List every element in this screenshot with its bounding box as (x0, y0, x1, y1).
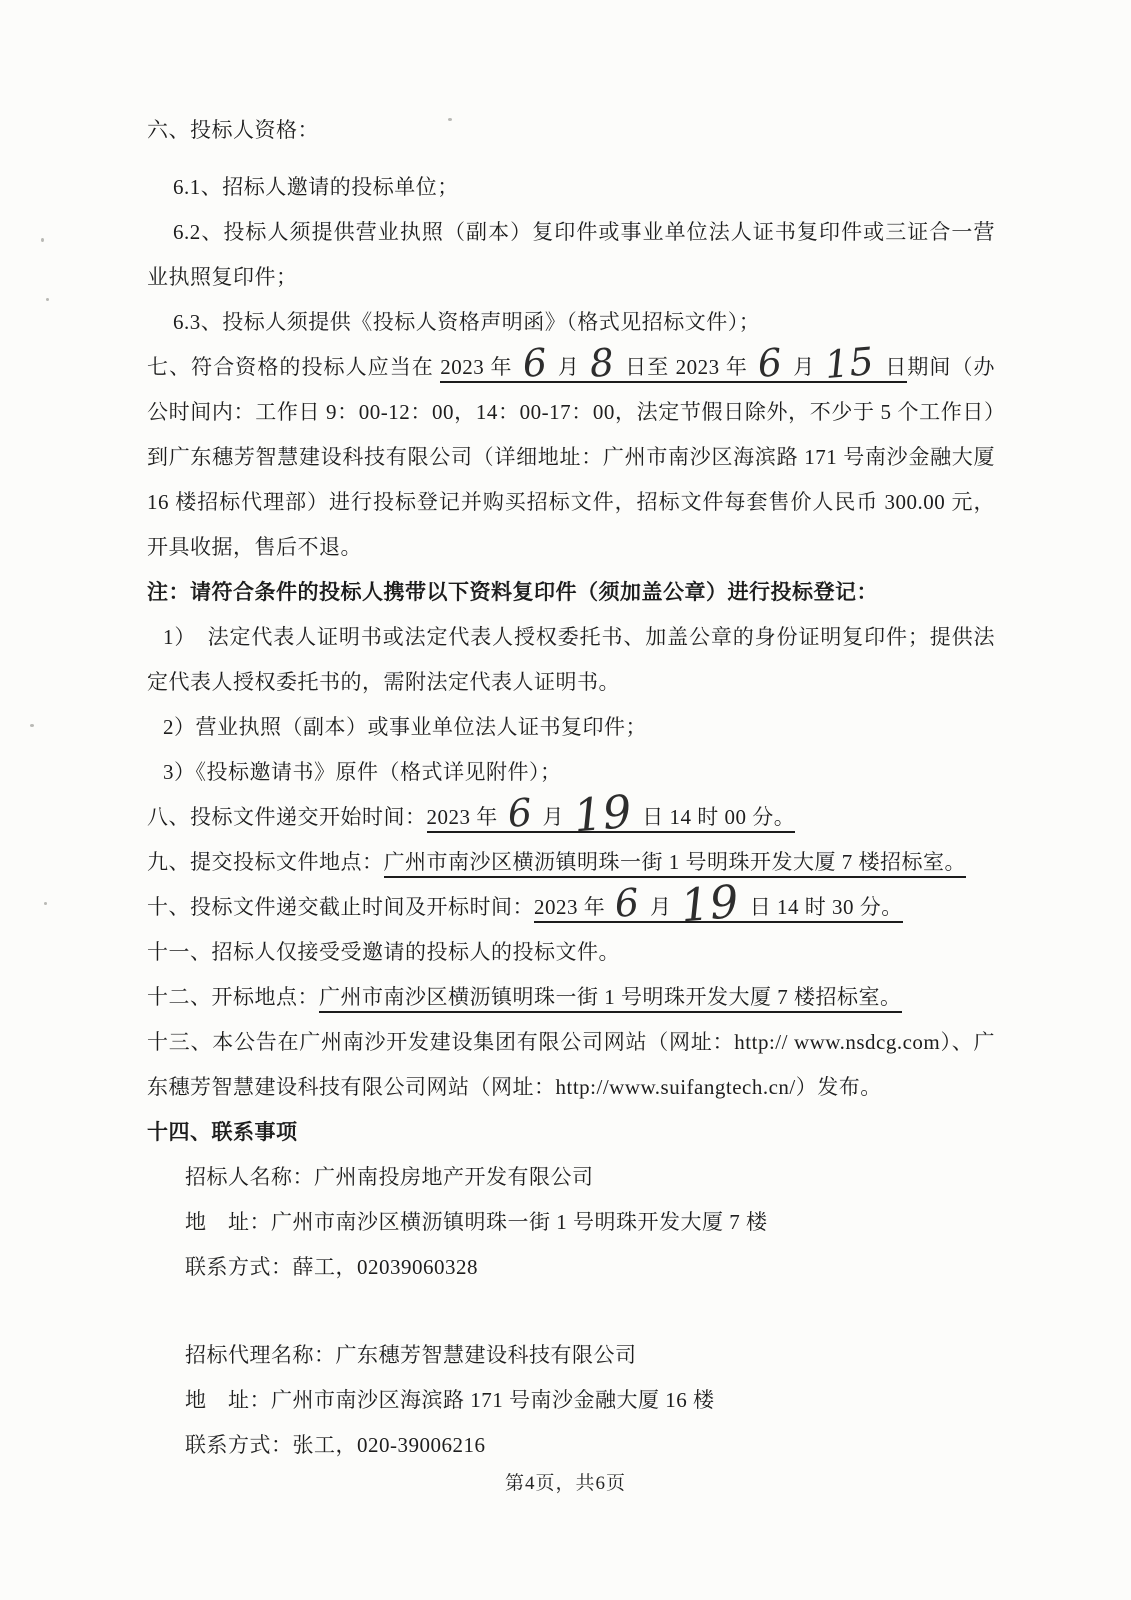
section-6-item-1: 6.1、招标人邀请的投标单位； (147, 165, 995, 210)
printed-year: 2023 年 (534, 895, 605, 919)
section-11-line: 十一、招标人仅接受受邀请的投标人的投标文件。 (147, 930, 995, 975)
tenderer-address-line: 地 址：广州市南沙区横沥镇明珠一街 1 号明珠开发大厦 7 楼 (147, 1200, 995, 1245)
section-10-prefix: 十、投标文件递交截止时间及开标时间： (147, 895, 534, 919)
printed-month-label: 月 (542, 805, 564, 829)
printed-time-tail: 日 14 时 00 分。 (642, 805, 795, 829)
handwritten-month-1: 6 (522, 354, 549, 378)
handwritten-month-2: 6 (757, 354, 784, 378)
section-14-heading: 十四、联系事项 (147, 1110, 995, 1155)
section-6-heading: 六、投标人资格： (147, 108, 995, 153)
submission-location: 广州市南沙区横沥镇明珠一街 1 号明珠开发大厦 7 楼招标室。 (384, 850, 967, 878)
section-7-rest: 期间（办公时间内：工作日 9：00-12：00，14：00-17：00，法定节假… (147, 355, 995, 559)
start-time-blank: 2023 年6月19日 14 时 00 分。 (427, 805, 796, 833)
tenderer-name-line: 招标人名称：广州南投房地产开发有限公司 (147, 1155, 995, 1200)
scan-artifact (30, 724, 34, 727)
handwritten-day-s10: 19 (681, 894, 741, 921)
note-item-3: 3）《投标邀请书》原件（格式详见附件）； (147, 750, 995, 795)
printed-day-label: 日 (885, 355, 908, 379)
tenderer-contact-line: 联系方式：薛工，02039060328 (147, 1245, 995, 1290)
note-item-2: 2）营业执照（副本）或事业单位法人证书复印件； (147, 705, 995, 750)
section-12-prefix: 十二、开标地点： (147, 985, 319, 1009)
bid-opening-location: 广州市南沙区横沥镇明珠一街 1 号明珠开发大厦 7 楼招标室。 (319, 985, 902, 1013)
section-9-prefix: 九、提交投标文件地点： (147, 850, 384, 874)
scan-artifact (44, 902, 47, 905)
page-number-footer: 第4页，共6页 (0, 1468, 1131, 1495)
scan-artifact (46, 298, 49, 301)
section-9-line: 九、提交投标文件地点：广州市南沙区横沥镇明珠一街 1 号明珠开发大厦 7 楼招标… (147, 840, 995, 885)
deadline-time-blank: 2023 年6月19日 14 时 30 分。 (534, 895, 903, 923)
handwritten-month-s10: 6 (614, 894, 641, 918)
handwritten-day-1: 8 (589, 354, 616, 378)
printed-year-1: 2023 年 (440, 355, 512, 379)
printed-month-label-1: 月 (557, 355, 580, 379)
agency-address-line: 地 址：广州市南沙区海滨路 171 号南沙金融大厦 16 楼 (147, 1378, 995, 1423)
section-13-paragraph: 十三、本公告在广州南沙开发建设集团有限公司网站（网址：http:// www.n… (147, 1020, 995, 1110)
section-8-line: 八、投标文件递交开始时间：2023 年6月19日 14 时 00 分。 (147, 795, 995, 840)
handwritten-month-s8: 6 (507, 804, 534, 828)
printed-month-label: 月 (650, 895, 672, 919)
printed-year: 2023 年 (427, 805, 498, 829)
agency-name-line: 招标代理名称：广东穗芳智慧建设科技有限公司 (147, 1333, 995, 1378)
printed-mid-label: 日至 2023 年 (625, 355, 748, 379)
handwritten-day-2: 15 (824, 353, 875, 379)
section-10-line: 十、投标文件递交截止时间及开标时间：2023 年6月19日 14 时 30 分。 (147, 885, 995, 930)
note-item-1: 1） 法定代表人证明书或法定代表人授权委托书、加盖公章的身份证明复印件；提供法定… (147, 615, 995, 705)
document-page: 六、投标人资格： 6.1、招标人邀请的投标单位； 6.2、投标人须提供营业执照（… (0, 0, 1131, 1600)
note-heading: 注：请符合条件的投标人携带以下资料复印件（须加盖公章）进行投标登记： (147, 570, 995, 615)
date-range-blank: 2023 年6月8日至 2023 年6月15日 (440, 355, 907, 383)
section-7-prefix: 七、符合资格的投标人应当在 (147, 355, 440, 379)
section-8-prefix: 八、投标文件递交开始时间： (147, 805, 427, 829)
handwritten-day-s8: 19 (573, 804, 633, 831)
document-body: 六、投标人资格： 6.1、招标人邀请的投标单位； 6.2、投标人须提供营业执照（… (147, 108, 995, 1468)
section-6-item-2: 6.2、投标人须提供营业执照（副本）复印件或事业单位法人证书复印件或三证合一营业… (147, 210, 995, 300)
scan-artifact (41, 238, 44, 242)
printed-time-tail: 日 14 时 30 分。 (750, 895, 903, 919)
printed-month-label-2: 月 (793, 355, 816, 379)
agency-contact-line: 联系方式：张工，020-39006216 (147, 1423, 995, 1468)
scan-artifact (448, 118, 452, 121)
section-7-paragraph: 七、符合资格的投标人应当在 2023 年6月8日至 2023 年6月15日期间（… (147, 345, 995, 570)
section-12-line: 十二、开标地点：广州市南沙区横沥镇明珠一街 1 号明珠开发大厦 7 楼招标室。 (147, 975, 995, 1020)
blank-line (147, 1290, 995, 1333)
